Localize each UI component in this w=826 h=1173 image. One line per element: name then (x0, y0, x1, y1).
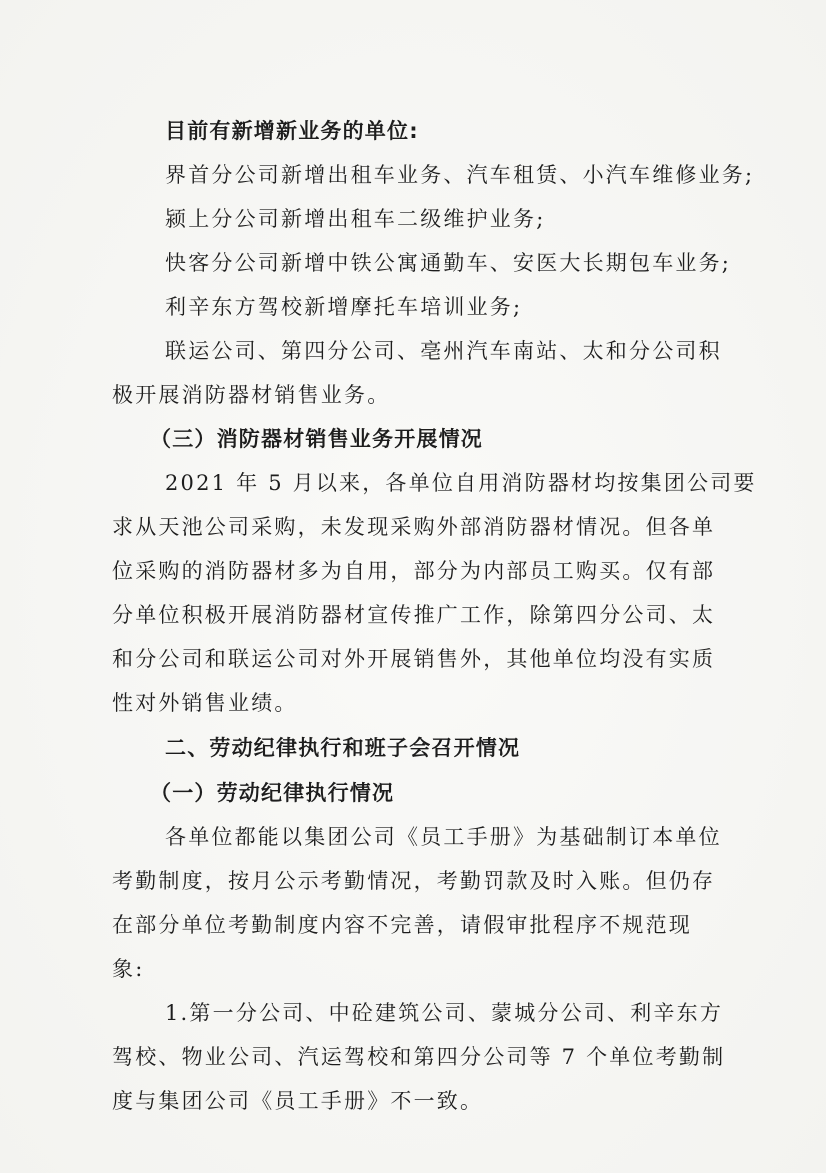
numbered-item-line: 驾校、物业公司、汽运驾校和第四分公司等 7 个单位考勤制 (112, 1042, 714, 1072)
paragraph-line: 分单位积极开展消防器材宣传推广工作，除第四分公司、太 (112, 600, 714, 630)
paragraph-line: 各单位都能以集团公司《员工手册》为基础制订本单位 (165, 822, 714, 852)
list-item: 利辛东方驾校新增摩托车培训业务; (165, 292, 714, 322)
numbered-item-line: 度与集团公司《员工手册》不一致。 (112, 1086, 714, 1116)
paragraph-line: 位采购的消防器材多为自用，部分为内部员工购买。仅有部 (112, 556, 714, 586)
list-item-continuation: 极开展消防器材销售业务。 (112, 380, 714, 410)
list-item: 联运公司、第四分公司、亳州汽车南站、太和分公司积 (165, 336, 714, 366)
list-item: 颍上分公司新增出租车二级维护业务; (165, 204, 714, 234)
new-business-heading: 目前有新增新业务的单位: (165, 116, 714, 146)
paragraph-line: 考勤制度，按月公示考勤情况，考勤罚款及时入账。但仍存 (112, 866, 714, 896)
subsection-heading: （三）消防器材销售业务开展情况 (150, 424, 752, 454)
paragraph-line: 和分公司和联运公司对外开展销售外，其他单位均没有实质 (112, 644, 714, 674)
numbered-item-line: 1.第一分公司、中砼建筑公司、蒙城分公司、利辛东方 (165, 998, 714, 1028)
list-item: 快客分公司新增中铁公寓通勤车、安医大长期包车业务; (165, 248, 714, 278)
document-page: 目前有新增新业务的单位: 界首分公司新增出租车业务、汽车租赁、小汽车维修业务; … (0, 0, 826, 1173)
paragraph-line: 象: (112, 954, 714, 984)
paragraph-line: 2021 年 5 月以来，各单位自用消防器材均按集团公司要 (165, 468, 714, 498)
subsection-heading: （一）劳动纪律执行情况 (150, 778, 752, 808)
paragraph-line: 求从天池公司采购，未发现采购外部消防器材情况。但各单 (112, 512, 714, 542)
paragraph-line: 性对外销售业绩。 (112, 688, 714, 718)
paragraph-line: 在部分单位考勤制度内容不完善，请假审批程序不规范现 (112, 910, 714, 940)
section-heading: 二、劳动纪律执行和班子会召开情况 (165, 733, 714, 763)
list-item: 界首分公司新增出租车业务、汽车租赁、小汽车维修业务; (165, 160, 714, 190)
